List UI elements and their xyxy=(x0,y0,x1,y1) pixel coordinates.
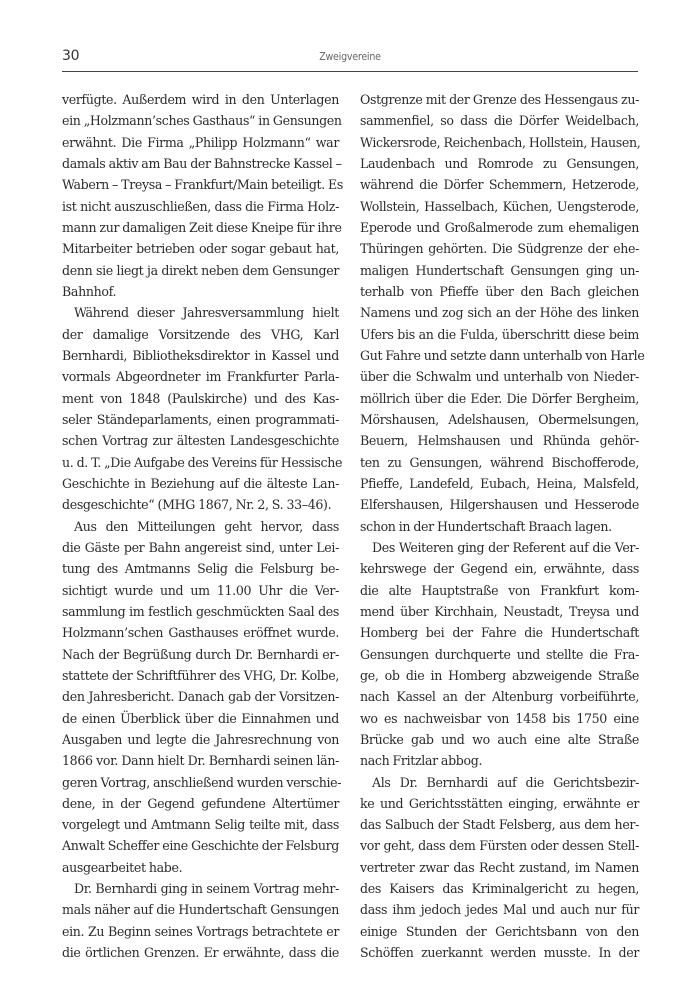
text-line: Mörshausen, Adelshausen, Obermelsungen, xyxy=(360,409,639,430)
text-line: kehrswege der Gegend ein, erwähnte, dass xyxy=(360,558,639,579)
text-line: maligen Hundertschaft Gensungen ging un- xyxy=(360,260,639,281)
text-line: Bahnhof. xyxy=(62,281,339,302)
text-line: ke und Gerichtsstätten einging, erwähnte… xyxy=(360,793,639,814)
text-line: die Gäste per Bahn angereist sind, unter… xyxy=(62,537,339,558)
text-line: Laudenbach und Romrode zu Gensungen, xyxy=(360,153,639,174)
text-line: während die Dörfer Schemmern, Hetzerode, xyxy=(360,174,639,195)
text-line: Schöffen zuerkannt werden musste. In der xyxy=(360,942,639,963)
text-line: verfügte. Außerdem wird in den Unterlage… xyxy=(62,89,339,110)
text-line: sammlung im festlich geschmückten Saal d… xyxy=(62,601,339,622)
text-line: Brücke gab und wo auch eine alte Straße xyxy=(360,729,639,750)
text-line: den Jahresbericht. Danach gab der Vorsit… xyxy=(62,686,339,707)
text-line: Beuern, Helmshausen und Rhünda gehör- xyxy=(360,430,639,451)
text-line: des Kaisers das Kriminalgericht zu hegen… xyxy=(360,878,639,899)
text-line: stattete der Schriftführer des VHG, Dr. … xyxy=(62,665,339,686)
text-line: vertreter zwar das Recht zustand, im Nam… xyxy=(360,857,639,878)
text-line: de einen Überblick über die Einnahmen un… xyxy=(62,708,339,729)
text-line: Während dieser Jahresversammlung hielt xyxy=(62,302,339,323)
right-column: Ostgrenze mit der Grenze des Hessengaus … xyxy=(360,89,639,963)
text-line: schen Vortrag zur ältesten Landesgeschic… xyxy=(62,430,339,451)
text-line: möllrich über die Eder. Die Dörfer Bergh… xyxy=(360,388,639,409)
text-line: Dr. Bernhardi ging in seinem Vortrag meh… xyxy=(62,878,339,899)
running-title: Zweigvereine xyxy=(62,51,638,63)
text-line: Ufers bis an die Fulda, überschritt dies… xyxy=(360,324,639,345)
text-line: Homberg bei der Fahre die Hundertschaft xyxy=(360,622,639,643)
text-line: Des Weiteren ging der Referent auf die V… xyxy=(360,537,639,558)
text-line: Anwalt Scheffer eine Geschichte der Fels… xyxy=(62,835,339,856)
text-line: Gut Fahre und setzte dann unterhalb von … xyxy=(360,345,639,366)
text-line: vor geht, dass dem Fürsten oder dessen S… xyxy=(360,835,639,856)
text-line: Namens und zog sich an der Höhe des link… xyxy=(360,302,639,323)
text-line: ein „Holzmann’sches Gasthaus“ in Gensung… xyxy=(62,110,339,131)
text-line: Geschichte in Beziehung auf die älteste … xyxy=(62,473,339,494)
text-line: damals aktiv am Bau der Bahnstrecke Kass… xyxy=(62,153,339,174)
text-line: desgeschichte“ (MHG 1867, Nr. 2, S. 33–4… xyxy=(62,494,339,515)
text-line: Ausgaben und legte die Jahresrechnung vo… xyxy=(62,729,339,750)
text-line: Gensungen durchquerte und stellte die Fr… xyxy=(360,644,639,665)
text-line: ment von 1848 (Paulskirche) und des Kas- xyxy=(62,388,339,409)
text-line: ten zu Gensungen, während Bischofferode, xyxy=(360,452,639,473)
text-line: nach Fritzlar abbog. xyxy=(360,750,639,771)
text-line: Thüringen gehörten. Die Südgrenze der eh… xyxy=(360,238,639,259)
text-line: Holzmann’schen Gasthauses eröffnet wurde… xyxy=(62,622,339,643)
text-line: Wickersrode, Reichenbach, Hollstein, Hau… xyxy=(360,132,639,153)
text-line: über die Schwalm und unterhalb von Niede… xyxy=(360,366,639,387)
text-line: dene, in der Gegend gefundene Altertümer xyxy=(62,793,339,814)
left-column: verfügte. Außerdem wird in den Unterlage… xyxy=(62,89,339,963)
text-line: wo es nachweisbar von 1458 bis 1750 eine xyxy=(360,708,639,729)
text-line: Mitarbeiter betrieben oder sogar gebaut … xyxy=(62,238,339,259)
text-line: ge, ob die in Homberg abzweigende Straße xyxy=(360,665,639,686)
text-line: schon in der Hundertschaft Braach lagen. xyxy=(360,516,639,537)
text-line: ausgearbeitet habe. xyxy=(62,857,339,878)
text-line: Wabern – Treysa – Frankfurt/Main beteili… xyxy=(62,174,339,195)
text-line: vorgelegt und Amtmann Selig teilte mit, … xyxy=(62,814,339,835)
text-line: Wollstein, Hasselbach, Küchen, Uengstero… xyxy=(360,196,639,217)
text-line: u. d. T. „Die Aufgabe des Vereins für He… xyxy=(62,452,339,473)
text-line: Nach der Begrüßung durch Dr. Bernhardi e… xyxy=(62,644,339,665)
text-line: 1866 vor. Dann hielt Dr. Bernhardi seine… xyxy=(62,750,339,771)
text-line: terhalb von Pfieffe über den Bach gleich… xyxy=(360,281,639,302)
text-line: dass ihm jedoch jedes Mal und auch nur f… xyxy=(360,899,639,920)
text-line: sammenfiel, so dass die Dörfer Weidelbac… xyxy=(360,110,639,131)
text-line: Ostgrenze mit der Grenze des Hessengaus … xyxy=(360,89,639,110)
text-line: vormals Abgeordneter im Frankfurter Parl… xyxy=(62,366,339,387)
text-line: mend über Kirchhain, Neustadt, Treysa un… xyxy=(360,601,639,622)
text-line: das Salbuch der Stadt Felsberg, aus dem … xyxy=(360,814,639,835)
text-line: seler Ständeparlaments, einen programmat… xyxy=(62,409,339,430)
text-line: die örtlichen Grenzen. Er erwähnte, dass… xyxy=(62,942,339,963)
text-line: die alte Hauptstraße von Frankfurt kom- xyxy=(360,580,639,601)
text-line: Eperode und Großalmerode zum ehemaligen xyxy=(360,217,639,238)
text-line: einige Stunden der Gerichtsbann von den xyxy=(360,921,639,942)
text-line: Elfershausen, Hilgershausen und Hesserod… xyxy=(360,494,639,515)
text-line: ist nicht auszuschließen, dass die Firma… xyxy=(62,196,339,217)
text-line: Aus den Mitteilungen geht hervor, dass xyxy=(62,516,339,537)
text-line: sichtigt wurde und um 11.00 Uhr die Ver- xyxy=(62,580,339,601)
text-line: mals näher auf die Hundertschaft Gensung… xyxy=(62,899,339,920)
text-line: Pfieffe, Landefeld, Eubach, Heina, Malsf… xyxy=(360,473,639,494)
text-line: tung des Amtmanns Selig die Felsburg be- xyxy=(62,558,339,579)
text-line: ein. Zu Beginn seines Vortrags betrachte… xyxy=(62,921,339,942)
text-line: denn sie liegt ja direkt neben dem Gensu… xyxy=(62,260,339,281)
text-line: Als Dr. Bernhardi auf die Gerichtsbezir- xyxy=(360,772,639,793)
text-line: nach Kassel an der Altenburg vorbeiführt… xyxy=(360,686,639,707)
text-line: erwähnt. Die Firma „Philipp Holzmann“ wa… xyxy=(62,132,339,153)
text-line: Bernhardi, Bibliotheksdirektor in Kassel… xyxy=(62,345,339,366)
text-line: mann zur damaligen Zeit diese Kneipe für… xyxy=(62,217,339,238)
page-header: 30 Zweigvereine xyxy=(62,44,638,72)
text-line: der damalige Vorsitzende des VHG, Karl xyxy=(62,324,339,345)
text-line: geren Vortrag, anschließend wurden versc… xyxy=(62,772,339,793)
